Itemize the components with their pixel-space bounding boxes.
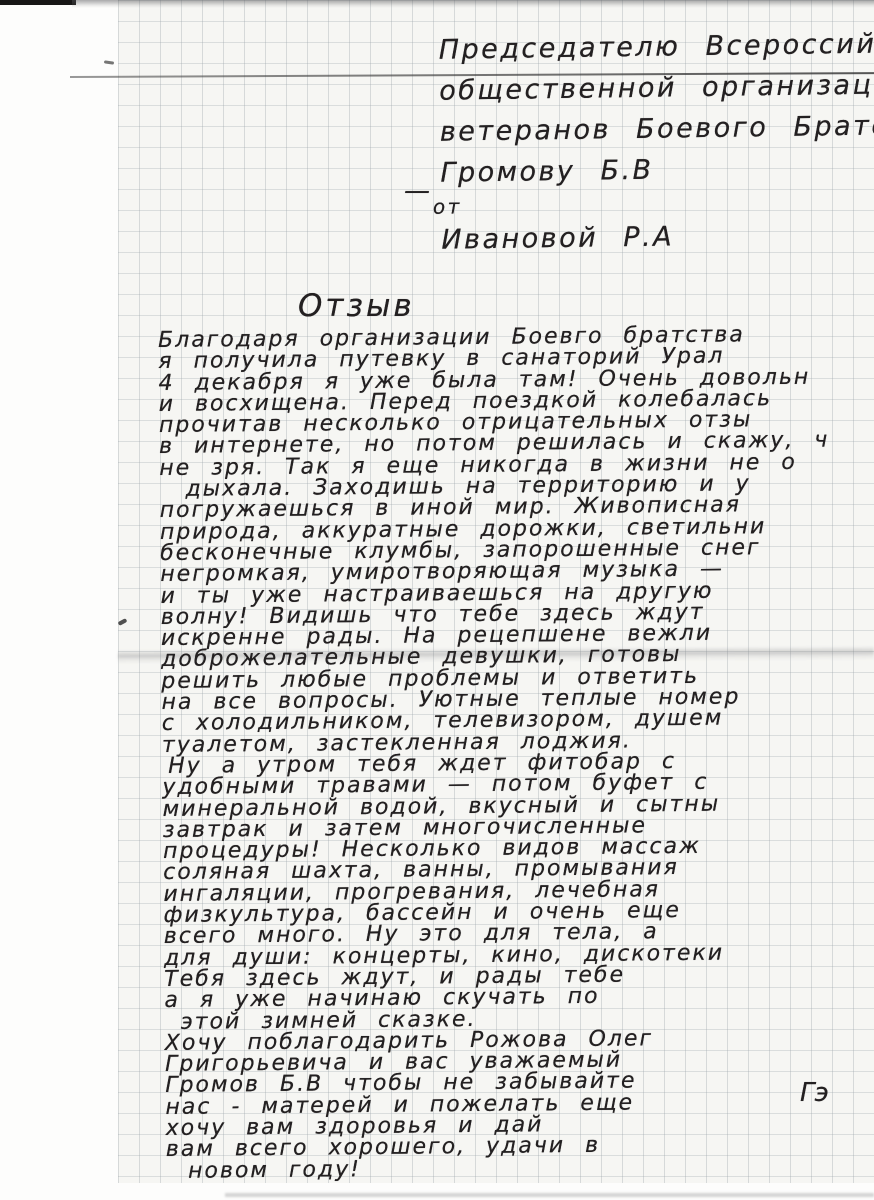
letter-body: Благодаря организации Боевго братства я … — [158, 323, 874, 1182]
header-line: Громову Б.В — [440, 145, 874, 193]
letter-title: Отзыв — [298, 288, 415, 324]
clipped-word-fragment: Гэ — [800, 1078, 829, 1108]
scan-left-margin — [0, 0, 118, 1200]
scan-top-edge-bar — [0, 0, 76, 5]
scan-top-edge-smear — [72, 0, 874, 8]
header-line: общественной организаци — [439, 63, 874, 111]
scan-bottom-smear — [225, 1193, 874, 1197]
header-line: Председателю Всероссийского — [438, 22, 874, 70]
header-dash: — — [404, 176, 430, 206]
header-line: ветеранов Боевого Братств — [440, 104, 874, 152]
letter-addressee-block: Председателю Всероссийского общественной… — [438, 22, 874, 260]
scanned-letter-page: Председателю Всероссийского общественной… — [0, 0, 874, 1200]
header-line-sender: Ивановой Р.А — [441, 212, 874, 260]
